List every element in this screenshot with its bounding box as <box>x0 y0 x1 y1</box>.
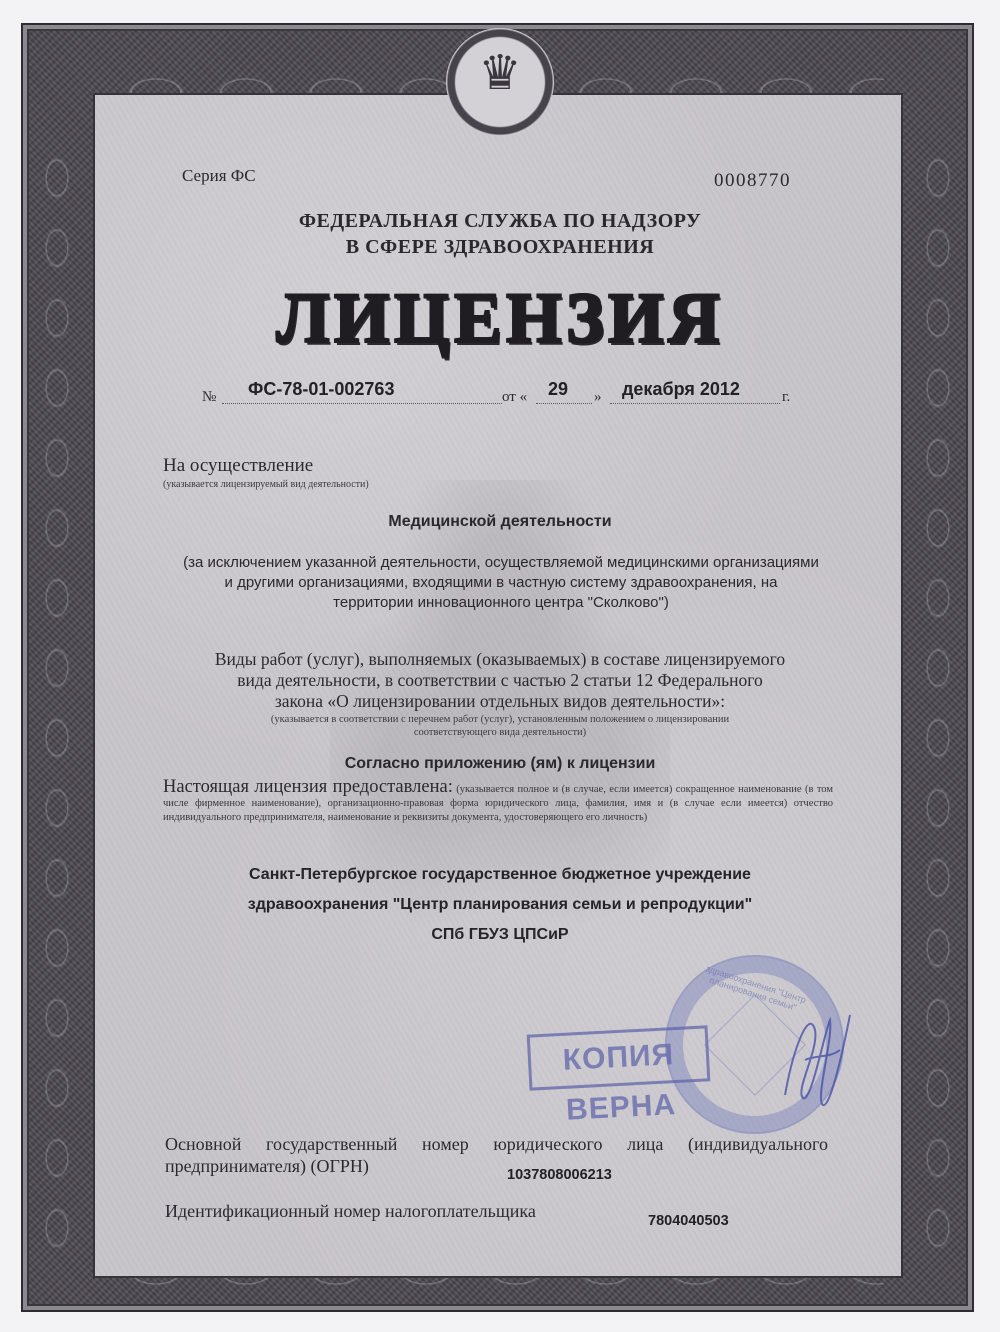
works-hint-line: (указывается в соответствии с перечнем р… <box>160 713 840 726</box>
licensee-short-name: СПб ГБУЗ ЦПСиР <box>150 920 850 950</box>
day-underline <box>536 403 592 404</box>
signature-icon <box>775 1000 855 1115</box>
series-label: Серия ФС <box>182 166 256 186</box>
coat-of-arms-emblem: ♛ <box>446 28 554 136</box>
licensee-name: Санкт-Петербургское государственное бюдж… <box>150 860 850 950</box>
ogrn-value: 1037808006213 <box>507 1167 612 1183</box>
activity-value: Медицинской деятельности <box>150 513 850 531</box>
double-headed-eagle-icon: ♛ <box>446 50 554 98</box>
exclusion-line: (за исключением указанной деятельности, … <box>140 553 862 573</box>
document-title: ЛИЦЕНЗИЯ <box>150 278 850 358</box>
day-close: » <box>594 389 602 406</box>
activity-hint: (указывается лицензируемый вид деятельно… <box>163 479 369 490</box>
licensee-label: Настоящая лицензия предоставлена: <box>163 777 453 797</box>
agency-line-1: ФЕДЕРАЛЬНАЯ СЛУЖБА ПО НАДЗОРУ <box>150 208 850 234</box>
activity-label: На осуществление <box>163 455 313 477</box>
from-label: от « <box>502 389 527 406</box>
works-description: Виды работ (услуг), выполняемых (оказыва… <box>160 649 840 712</box>
month-underline <box>610 403 780 404</box>
number-underline <box>222 403 502 404</box>
works-hint: (указывается в соответствии с перечнем р… <box>160 713 840 739</box>
works-value: Согласно приложению (ям) к лицензии <box>150 755 850 773</box>
issue-month-year: декабря 2012 <box>622 379 740 400</box>
serial-number: 0008770 <box>714 170 791 192</box>
inn-label: Идентификационный номер налогоплательщик… <box>165 1201 536 1222</box>
issue-day: 29 <box>548 379 568 400</box>
registration-line: № ФС-78-01-002763 от « 29 » декабря 2012… <box>200 378 800 408</box>
ogrn-label: Основной государственный номер юридическ… <box>165 1133 828 1177</box>
copy-certified-stamp: КОПИЯ ВЕРНА <box>527 1025 711 1090</box>
works-line: закона «О лицензировании отдельных видов… <box>160 691 840 712</box>
licensee-name-line: Санкт-Петербургское государственное бюдж… <box>150 860 850 890</box>
exclusion-line: территории инновационного центра "Сколко… <box>140 593 862 613</box>
agency-line-2: В СФЕРЕ ЗДРАВООХРАНЕНИЯ <box>150 234 850 260</box>
exclusion-line: и другими организациями, входящими в час… <box>140 573 862 593</box>
works-line: вида деятельности, в соответствии с част… <box>160 670 840 691</box>
issuing-agency: ФЕДЕРАЛЬНАЯ СЛУЖБА ПО НАДЗОРУ В СФЕРЕ ЗД… <box>150 208 850 260</box>
licensee-name-line: здравоохранения "Центр планирования семь… <box>150 890 850 920</box>
works-hint-line: соответствующего вида деятельности) <box>160 726 840 739</box>
number-prefix: № <box>202 389 216 406</box>
activity-exclusion: (за исключением указанной деятельности, … <box>140 553 862 613</box>
works-line: Виды работ (услуг), выполняемых (оказыва… <box>160 649 840 670</box>
license-number: ФС-78-01-002763 <box>248 379 394 400</box>
border-ornament-left <box>37 143 77 1252</box>
border-ornament-right <box>918 143 958 1252</box>
inn-value: 7804040503 <box>648 1213 729 1229</box>
year-suffix: г. <box>782 389 790 406</box>
border-ornament-bottom <box>111 1270 884 1310</box>
licensee-label-block: Настоящая лицензия предоставлена: (указы… <box>163 780 833 825</box>
